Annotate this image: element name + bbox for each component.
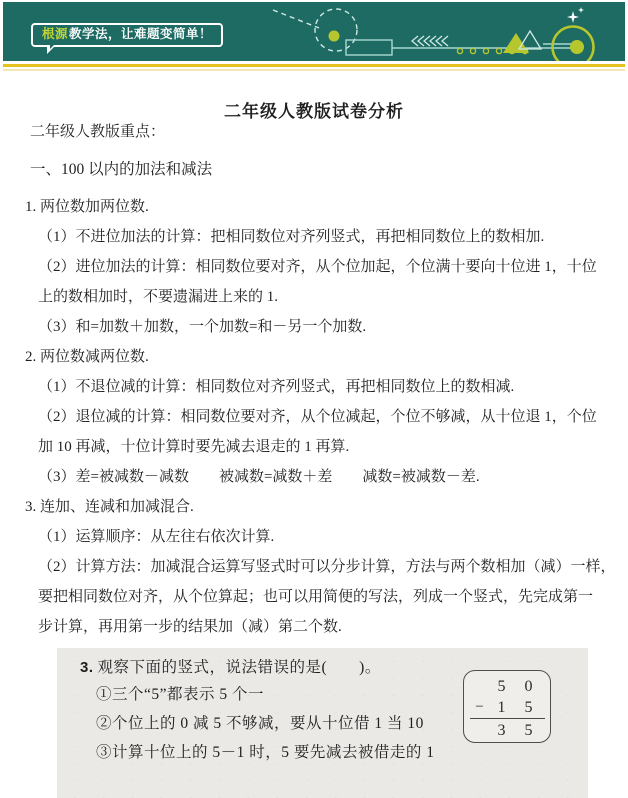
dashed-line-icon: [273, 10, 319, 28]
body-line: （3）差=被减数－减数 被减数=减数＋差 减数=被减数－差.: [0, 462, 624, 492]
body-lines: 1. 两位数加两位数.（1）不进位加法的计算：把相同数位对齐列竖式，再把相同数位…: [0, 192, 624, 642]
separator-line-gold: [3, 64, 625, 67]
textbook-problem-scan: 3.观察下面的竖式，说法错误的是( )。 ①三个“5”都表示 5 个一②个位上的…: [57, 648, 588, 798]
subtrahend-tens: 1: [488, 699, 515, 717]
body-line: 1. 两位数加两位数.: [0, 192, 624, 222]
body-line: （3）和=加数＋加数，一个加数=和－另一个加数.: [0, 312, 624, 342]
page-title: 二年级人教版试卷分析: [0, 97, 628, 122]
accent-dot-icon: [329, 31, 340, 42]
section-heading: 一、100 以内的加法和减法: [30, 157, 212, 179]
minuend-ones: 0: [515, 678, 542, 696]
sparkle-icon: [567, 7, 584, 23]
brand-badge: 根源教学法，让难题变简单！: [31, 23, 223, 47]
minuend-tens: 5: [488, 678, 515, 696]
body-line: 上的数相加时，不要遗漏进上来的 1.: [0, 282, 624, 312]
body-line: （2）计算方法：加减混合运算写竖式时可以分步计算，方法与两个数相加（减）一样，: [0, 552, 624, 582]
body-line: （1）不进位加法的计算：把相同数位对齐列竖式，再把相同数位上的数相加.: [0, 222, 624, 252]
problem-option: ①三个“5”都表示 5 个一: [96, 680, 435, 709]
body-line: 要把相同数位对齐，从个位算起；也可以用简便的写法，列成一个竖式，先完成第一: [0, 582, 624, 612]
body-line: 3. 连加、连减和加减混合.: [0, 492, 624, 522]
problem-option: ③计算十位上的 5－1 时，5 要先减去被借走的 1: [96, 738, 435, 767]
separator-line-pale: [3, 69, 625, 71]
minus-sign: −: [471, 699, 488, 716]
brand-slogan: 教学法，让难题变简单！: [69, 27, 212, 41]
problem-question-text: 观察下面的竖式，说法错误的是( )。: [98, 659, 381, 676]
calc-subtrahend-row: − 1 5: [464, 697, 550, 718]
body-line: 步计算，再用第一步的结果加（减）第二个数.: [0, 612, 624, 642]
body-line: （2）退位减的计算：相同数位要对齐，从个位减起，个位不够减，从十位退 1，个位: [0, 402, 624, 432]
body-line: 2. 两位数减两位数.: [0, 342, 624, 372]
problem-question: 3.观察下面的竖式，说法错误的是( )。: [80, 655, 381, 677]
brand-banner: 根源教学法，让难题变简单！: [3, 2, 625, 61]
brand-name: 根源: [42, 27, 68, 41]
orbit-dot-icon: [570, 40, 584, 54]
problem-option: ②个位上的 0 减 5 不够减，要从十位借 1 当 10: [96, 709, 435, 738]
calc-minuend-row: 5 0: [464, 676, 550, 697]
document-subtitle: 二年级人教版重点：: [30, 120, 165, 141]
vertical-calculation-box: 5 0 − 1 5 3 5: [463, 670, 551, 743]
body-line: 加 10 再减，十位计算时要先减去退走的 1 再算.: [0, 432, 624, 462]
subtrahend-ones: 5: [515, 699, 542, 717]
body-line: （1）运算顺序：从左往右依次计算.: [0, 522, 624, 552]
result-tens: 3: [488, 722, 515, 740]
dashed-circle-icon: [315, 9, 357, 51]
triangle-icon: [503, 33, 529, 53]
calc-result-row: 3 5: [464, 720, 550, 741]
result-ones: 5: [515, 722, 542, 740]
problem-options: ①三个“5”都表示 5 个一②个位上的 0 减 5 不够减，要从十位借 1 当 …: [96, 680, 435, 767]
calc-rule-line: [470, 718, 545, 719]
chevrons-icon: [412, 36, 448, 46]
document-page: 根源教学法，让难题变简单！ 二年级人教版试卷分析 二年级人教版重点： 一、100…: [0, 0, 628, 798]
problem-number: 3.: [80, 659, 94, 676]
body-line: （1）不退位减的计算：相同数位对齐列竖式，再把相同数位上的数相减.: [0, 372, 624, 402]
body-line: （2）进位加法的计算：相同数位要对齐，从个位加起，个位满十要向十位进 1，十位: [0, 252, 624, 282]
